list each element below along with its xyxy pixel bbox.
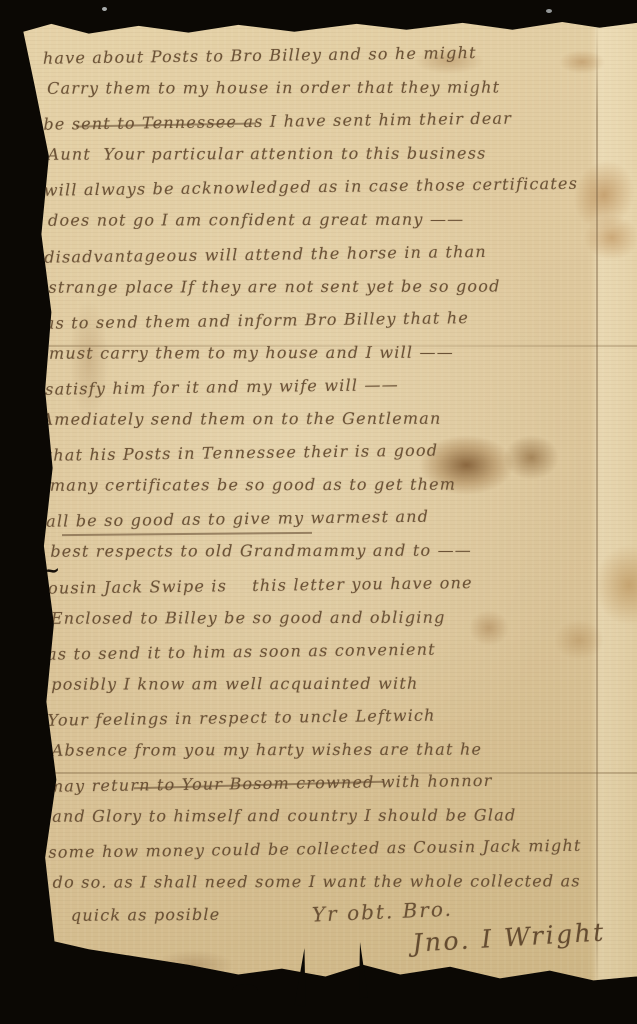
heavy-ink-mark: ~ [40, 557, 60, 585]
letter-page: have about Posts to Bro Billey and so he… [14, 20, 637, 994]
letter-line: all be so good as to give my warmest and [46, 498, 615, 539]
letter-line: Enclosed to Billey be so good and obligi… [51, 600, 616, 635]
letter-line: will always be acknowledged as in case t… [44, 167, 613, 208]
letter-line: be sent to Tennessee as I have sent him … [43, 100, 612, 141]
letter-line: do so. as I shall need some I want the w… [53, 865, 618, 900]
letter-line: some how money could be collected as Cou… [48, 828, 617, 869]
letter-line: many certificates be so good as to get t… [50, 467, 615, 502]
dust-speck [546, 9, 552, 13]
letter-line: as to send it to him as soon as convenie… [47, 630, 616, 671]
letter-line: Aunt Your particular attention to this b… [48, 137, 613, 172]
letter-line: Amediately send them on to the Gentleman [41, 401, 614, 436]
letter-line: must carry them to my house and I will —… [49, 335, 614, 370]
letter-line: Carry them to my house in order that the… [47, 70, 612, 105]
letter-line: posibly I know am well acquainted with [51, 666, 616, 701]
letter-line: best respects to old Grandmammy and to —… [50, 534, 615, 569]
letter-line: and Glory to himself and country I shoul… [52, 798, 617, 833]
letter-line: may return to Your Bosom crowned with ho… [48, 762, 617, 803]
letter-line: strange place If they are not sent yet b… [48, 269, 613, 304]
signoff-closing: Yr obt. Bro. [312, 897, 454, 927]
letter-line: satisfy him for it and my wife will —— [45, 365, 614, 406]
letter-line: Absence from you my harty wishes are tha… [52, 732, 617, 767]
letter-line: does not go I am confident a great many … [48, 203, 613, 238]
letter-body: have about Posts to Bro Billey and so he… [37, 36, 618, 965]
letter-line: disadvantageous will attend the horse in… [44, 233, 613, 274]
letter-line: have about Posts to Bro Billey and so he… [43, 34, 612, 75]
letter-line: that his Posts in Tennessee their is a g… [45, 431, 614, 472]
letter-lines: have about Posts to Bro Billey and so he… [37, 36, 618, 900]
letter-line: as to send them and inform Bro Billey th… [45, 299, 614, 340]
letter-line: Your feelings in respect to uncle Leftwi… [47, 696, 616, 737]
letter-line: Cousin Jack Swipe is this letter you hav… [34, 564, 615, 605]
paper-tear [232, 984, 258, 998]
signoff-left-text: quick as posible [71, 905, 221, 925]
scan-backdrop: have about Posts to Bro Billey and so he… [0, 0, 637, 1024]
dust-speck [102, 7, 107, 11]
